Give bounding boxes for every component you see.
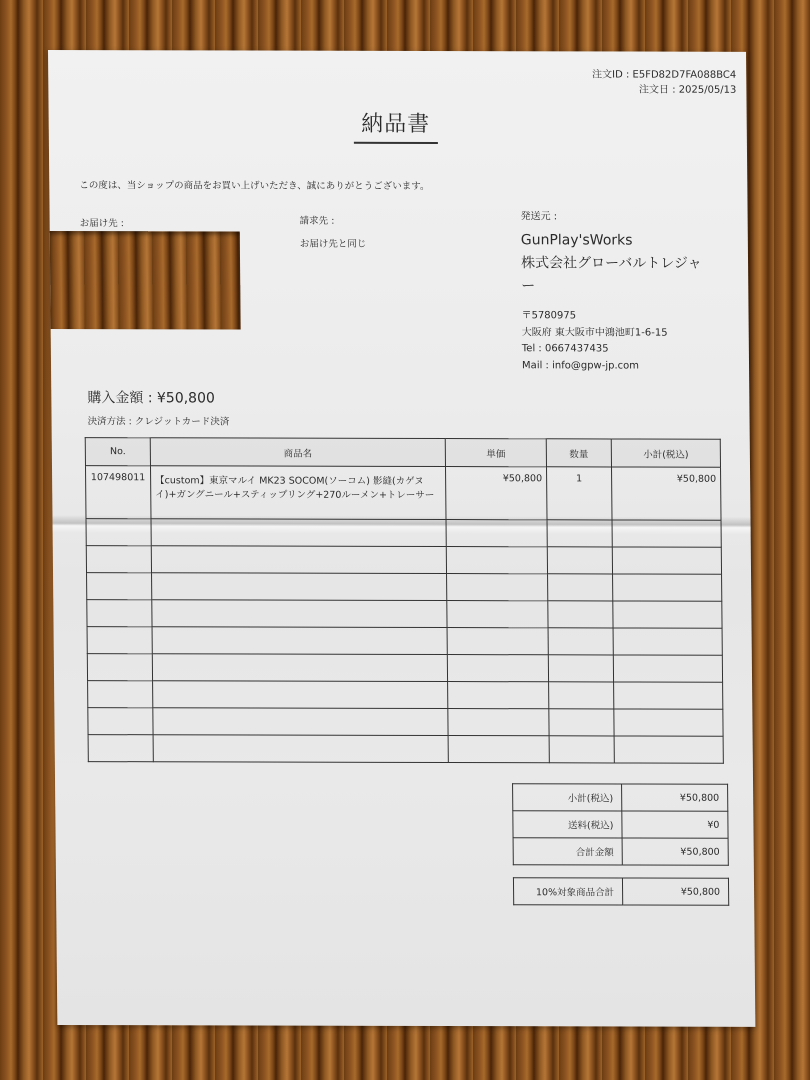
empty-cell (86, 546, 151, 573)
sender-company-name: 株式会社グローバルトレジャ (521, 252, 702, 275)
shipping-row: 送料(税込) ¥0 (513, 811, 728, 839)
item-price: ¥50,800 (446, 467, 548, 520)
sender-shop-name: GunPlay'sWorks (521, 229, 702, 252)
col-header-qty: 数量 (546, 439, 611, 467)
empty-cell (446, 547, 547, 574)
empty-cell (613, 628, 722, 655)
empty-cell (152, 627, 447, 655)
total-label: 合計金額 (513, 838, 622, 865)
empty-cell (448, 682, 549, 709)
subtotal-value: ¥50,800 (622, 784, 728, 811)
sender-tel: Tel : 0667437435 (522, 341, 703, 358)
empty-cell (614, 682, 723, 709)
order-id: 注文ID : E5FD82D7FA088BC4 (592, 67, 736, 82)
items-table-header: No. 商品名 単価 数量 小計(税込) (85, 438, 720, 468)
sender-company-name-cont: ー (521, 275, 702, 298)
empty-cell (612, 547, 721, 574)
total-row: 合計金額 ¥50,800 (513, 838, 728, 866)
empty-cell (447, 655, 548, 682)
shipping-label: 送料(税込) (513, 811, 622, 838)
col-header-no: No. (85, 438, 150, 466)
purchase-amount: 購入金額 : ¥50,800 (87, 387, 229, 407)
tax10-row: 10%対象商品合計 ¥50,800 (513, 878, 728, 906)
empty-cell (549, 709, 614, 736)
empty-cell (612, 520, 721, 547)
table-row-empty (87, 627, 722, 656)
order-date: 注文日 : 2025/05/13 (592, 82, 736, 97)
items-table: No. 商品名 単価 数量 小計(税込) 107498011 【custom】東… (85, 437, 724, 764)
table-row-empty (88, 681, 723, 710)
table-row-empty (87, 600, 722, 629)
ship-to-label: お届け先 : (80, 215, 124, 229)
subtotal-label: 小計(税込) (513, 784, 622, 811)
empty-cell (448, 709, 549, 736)
empty-cell (448, 736, 549, 763)
empty-cell (613, 601, 722, 628)
title-underline (354, 142, 438, 144)
empty-cell (549, 736, 614, 763)
empty-cell (548, 655, 613, 682)
empty-cell (447, 574, 548, 601)
empty-cell (547, 547, 612, 574)
sender-address-block: 〒5780975 大阪府 東大阪市中鴻池町1-6-15 Tel : 066743… (521, 308, 702, 374)
empty-cell (88, 681, 153, 708)
empty-cell (613, 574, 722, 601)
table-row: 107498011 【custom】東京マルイ MK23 SOCOM(ソーコム)… (85, 466, 721, 521)
bill-to-label: 請求先 : (300, 213, 335, 227)
empty-cell (446, 520, 547, 547)
redacted-address-cutout (50, 231, 241, 329)
empty-cell (447, 601, 548, 628)
empty-cell (151, 546, 446, 574)
empty-cell (151, 519, 446, 547)
empty-cell (548, 601, 613, 628)
empty-cell (548, 574, 613, 601)
table-row-empty (87, 573, 722, 602)
totals-table: 小計(税込) ¥50,800 送料(税込) ¥0 合計金額 ¥50,800 (512, 783, 729, 866)
col-header-name: 商品名 (150, 438, 445, 467)
total-value: ¥50,800 (622, 838, 728, 865)
empty-cell (86, 519, 151, 546)
empty-cell (153, 708, 448, 736)
item-no: 107498011 (85, 466, 151, 519)
empty-cell (549, 682, 614, 709)
tax-rate-table: 10%対象商品合計 ¥50,800 (513, 877, 729, 906)
empty-cell (614, 736, 723, 763)
table-row-empty (86, 519, 721, 548)
table-row-empty (88, 708, 723, 737)
empty-cell (87, 573, 152, 600)
thanks-message: この度は、当ショップの商品をお買い上げいただき、誠にありがとうございます。 (79, 177, 429, 192)
empty-cell (153, 735, 448, 763)
empty-cell (152, 600, 447, 628)
empty-cell (614, 709, 723, 736)
item-qty: 1 (547, 467, 613, 520)
table-row-empty (87, 654, 722, 683)
document-title: 納品書 (354, 107, 438, 138)
empty-cell (548, 628, 613, 655)
tax10-value: ¥50,800 (622, 878, 728, 905)
empty-cell (547, 520, 612, 547)
empty-cell (152, 573, 447, 601)
shipping-value: ¥0 (622, 811, 728, 838)
sender-block: 発送元 : GunPlay'sWorks 株式会社グローバルトレジャ ー 〒57… (521, 209, 703, 374)
empty-cell (447, 628, 548, 655)
sender-label: 発送元 : (521, 209, 702, 225)
item-name: 【custom】東京マルイ MK23 SOCOM(ソーコム) 影縫(カゲヌイ)+… (150, 466, 446, 520)
document-title-block: 納品書 (354, 107, 438, 144)
subtotal-row: 小計(税込) ¥50,800 (513, 784, 728, 812)
empty-cell (153, 681, 448, 709)
sender-company: GunPlay'sWorks 株式会社グローバルトレジャ ー (521, 229, 702, 298)
tax10-label: 10%対象商品合計 (513, 878, 622, 905)
empty-cell (87, 654, 152, 681)
empty-cell (152, 654, 447, 682)
item-subtotal: ¥50,800 (612, 467, 722, 520)
payment-method: 決済方法 : クレジットカード決済 (87, 413, 229, 427)
sender-address: 大阪府 東大阪市中鴻池町1-6-15 (522, 325, 703, 342)
empty-cell (613, 655, 722, 682)
col-header-subtotal: 小計(税込) (611, 439, 720, 467)
empty-cell (87, 627, 152, 654)
delivery-note-paper: 注文ID : E5FD82D7FA088BC4 注文日 : 2025/05/13… (48, 50, 755, 1027)
purchase-summary: 購入金額 : ¥50,800 決済方法 : クレジットカード決済 (87, 387, 229, 427)
table-row-empty (88, 735, 723, 764)
empty-cell (88, 735, 153, 762)
table-row-empty (86, 546, 721, 575)
sender-mail: Mail : info@gpw-jp.com (522, 358, 703, 375)
sender-postal: 〒5780975 (521, 308, 702, 325)
bill-to-value: お届け先と同じ (300, 236, 367, 250)
col-header-price: 単価 (445, 439, 546, 467)
empty-cell (87, 600, 152, 627)
empty-cell (88, 708, 153, 735)
order-meta: 注文ID : E5FD82D7FA088BC4 注文日 : 2025/05/13 (592, 67, 736, 97)
